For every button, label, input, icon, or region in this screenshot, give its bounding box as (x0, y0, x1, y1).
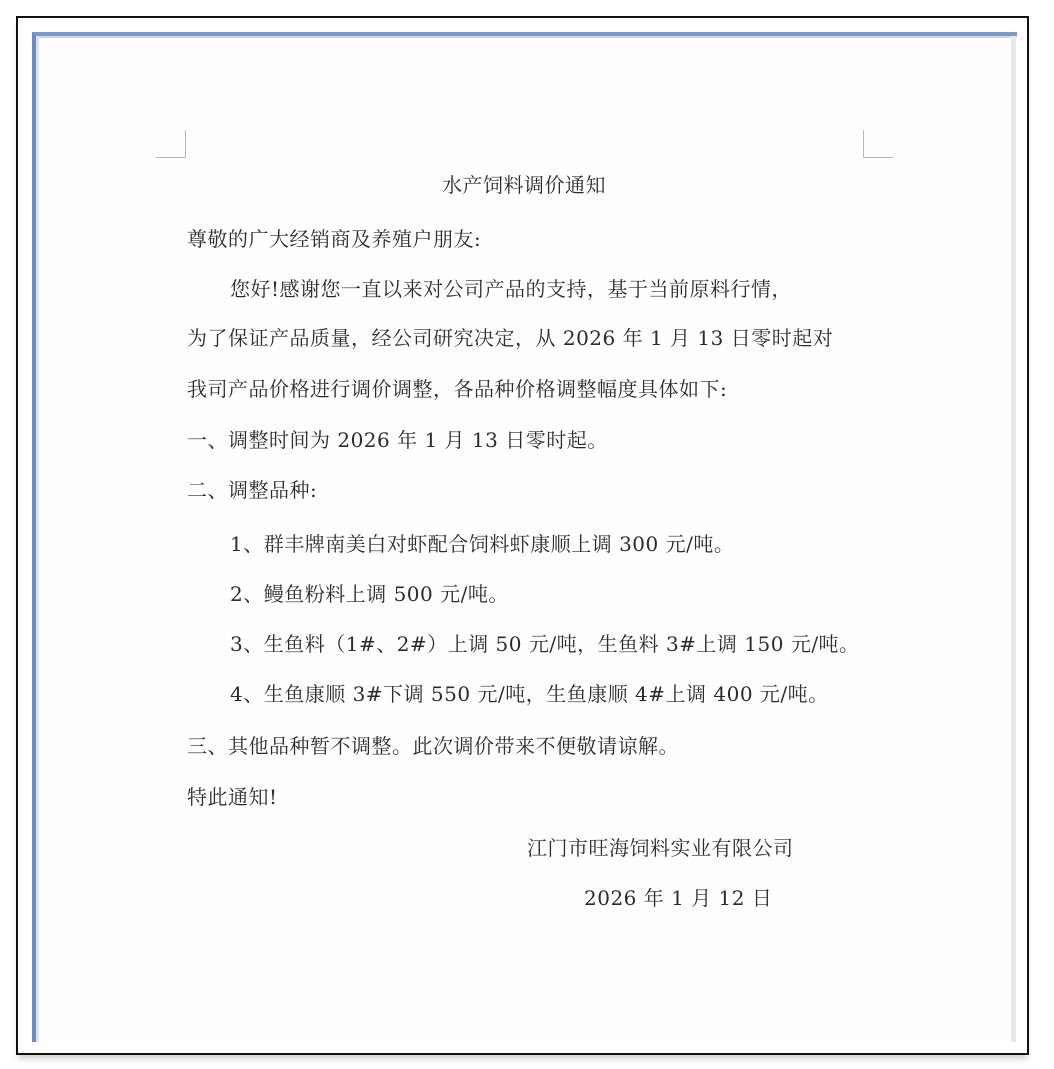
intro-line-2: 为了保证产品质量，经公司研究决定，从 2026 年 1 月 13 日零时起对 (187, 325, 833, 351)
margin-corner-mark-top-right (863, 130, 893, 158)
list-item: 4、生鱼康顺 3#下调 550 元/吨，生鱼康顺 4#上调 400 元/吨。 (230, 681, 829, 707)
section-other-varieties: 三、其他品种暂不调整。此次调价带来不便敬请谅解。 (187, 733, 679, 759)
signature-date: 2026 年 1 月 12 日 (584, 885, 772, 911)
greeting: 尊敬的广大经销商及养殖户朋友: (187, 226, 481, 252)
intro-line-3: 我司产品价格进行调价调整，各品种价格调整幅度具体如下: (187, 376, 727, 402)
signature-company: 江门市旺海饲料实业有限公司 (527, 835, 794, 861)
list-item: 3、生鱼料（1#、2#）上调 50 元/吨，生鱼料 3#上调 150 元/吨。 (230, 631, 860, 657)
list-item: 2、鳗鱼粉料上调 500 元/吨。 (230, 581, 509, 607)
section-adjustment-time: 一、调整时间为 2026 年 1 月 13 日零时起。 (187, 427, 608, 453)
list-item: 1、群丰牌南美白对虾配合饲料虾康顺上调 300 元/吨。 (230, 531, 734, 557)
margin-corner-mark-top-left (156, 130, 186, 158)
intro-line-1: 您好!感谢您一直以来对公司产品的支持，基于当前原料行情， (230, 276, 792, 302)
closing-remark: 特此通知! (187, 784, 278, 810)
section-adjusted-varieties: 二、调整品种: (187, 477, 317, 503)
document-title: 水产饲料调价通知 (0, 172, 1048, 198)
